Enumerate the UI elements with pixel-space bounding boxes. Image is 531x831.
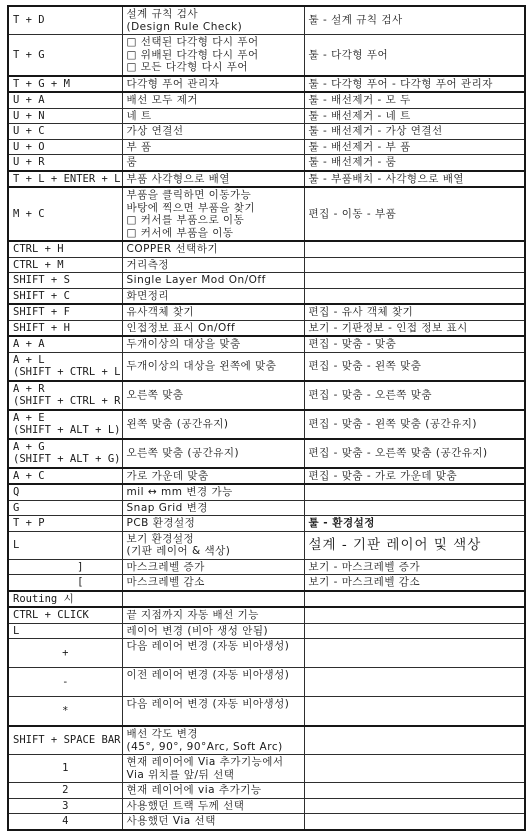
description-line: COPPER 선택하기: [127, 243, 300, 256]
shortcut-key-line: A + E: [13, 412, 118, 425]
description-line: 사용했던 Via 선택: [127, 815, 300, 828]
shortcut-cell: M + C: [8, 187, 122, 241]
menu-path-cell: 편집 - 맞춤 - 왼쪽 맞춤 (공간유지): [304, 410, 525, 439]
table-row: 3사용했던 트랙 두께 선택: [8, 798, 525, 814]
table-row: M + C부품을 클릭하면 이동가능바탕에 찍으면 부품을 찾기□ 커서를 부품…: [8, 187, 525, 241]
table-row: Qmil ↔ mm 변경 가능: [8, 484, 525, 500]
shortcut-cell: T + L + ENTER + L: [8, 171, 122, 188]
menu-path-cell: 툴 - 다각형 푸어: [304, 35, 525, 76]
shortcut-key-line: 3: [13, 800, 118, 813]
description-cell: 마스크레벨 감소: [122, 575, 304, 591]
shortcut-cell: 1: [8, 755, 122, 783]
description-cell: mil ↔ mm 변경 가능: [122, 484, 304, 500]
shortcut-cell: L: [8, 531, 122, 559]
table-row: T + L + ENTER + L부품 사각형으로 배열툴 - 부품배치 - 사…: [8, 171, 525, 188]
table-row: U + C가상 연결선툴 - 배선제거 - 가상 연결선: [8, 124, 525, 140]
shortcut-key-line: SHIFT + C: [13, 290, 118, 303]
description-cell: 다각형 푸어 관리자: [122, 76, 304, 93]
description-line: 마스크레벨 감소: [127, 576, 300, 589]
table-row: A + L(SHIFT + CTRL + L)두개이상의 대상을 왼쪽에 맞춤편…: [8, 352, 525, 381]
shortcut-cell: L: [8, 623, 122, 639]
shortcut-key-line: Routing 시: [13, 593, 118, 606]
description-line: 두개이상의 대상을 왼쪽에 맞춤: [127, 360, 300, 373]
description-line: 거리측정: [127, 259, 300, 272]
description-line: 현재 레이어에 via 추가기능: [127, 784, 300, 797]
shortcut-cell: U + C: [8, 124, 122, 140]
shortcut-cell: 4: [8, 814, 122, 830]
shortcut-key-line: T + P: [13, 517, 118, 530]
description-line: 바탕에 찍으면 부품을 찾기: [127, 202, 300, 215]
description-cell: 부품 사각형으로 배열: [122, 171, 304, 188]
description-line: 배선 모두 제거: [127, 94, 300, 107]
menu-path-cell: [304, 257, 525, 273]
table-row: SHIFT + F유사객체 찾기편집 - 유사 객체 찾기: [8, 304, 525, 320]
description-cell: Snap Grid 변경: [122, 500, 304, 516]
shortcut-key-line: (SHIFT + ALT + L): [13, 424, 118, 437]
shortcut-key-line: CTRL + M: [13, 259, 118, 272]
menu-path-cell: [304, 639, 525, 668]
shortcut-table-body: T + D설계 규칙 검사(Design Rule Check)툴 - 설계 규…: [8, 6, 525, 830]
shortcut-cell: SHIFT + F: [8, 304, 122, 320]
shortcut-cell: -: [8, 668, 122, 697]
menu-path-cell: 편집 - 맞춤 - 맞춤: [304, 336, 525, 352]
shortcut-key-line: A + L: [13, 354, 118, 367]
shortcut-cell: CTRL + CLICK: [8, 607, 122, 623]
menu-path-cell: 설계 - 기판 레이어 및 색상: [304, 531, 525, 559]
menu-path-cell: 편집 - 맞춤 - 오른쪽 맞춤 (공간유지): [304, 439, 525, 468]
shortcut-cell: SHIFT + C: [8, 288, 122, 304]
shortcut-cell: CTRL + M: [8, 257, 122, 273]
shortcut-key-line: U + C: [13, 125, 118, 138]
shortcut-key-line: A + R: [13, 383, 118, 396]
menu-path-cell: [304, 288, 525, 304]
shortcut-cell: +: [8, 639, 122, 668]
menu-path-cell: 툴 - 배선제거 - 모 두: [304, 92, 525, 108]
description-cell: 레이어 변경 (비아 생성 안됨): [122, 623, 304, 639]
table-row: SHIFT + C화면정리: [8, 288, 525, 304]
menu-path-cell: 툴 - 다각형 푸어 - 다각형 푸어 관리자: [304, 76, 525, 93]
description-cell: 유사객체 찾기: [122, 304, 304, 320]
description-cell: COPPER 선택하기: [122, 241, 304, 257]
description-line: 다음 레이어 변경 (자동 비아생성): [127, 698, 300, 711]
description-line: 부품 사각형으로 배열: [127, 173, 300, 186]
menu-path-cell: 편집 - 맞춤 - 가로 가운데 맞춤: [304, 468, 525, 485]
table-row: CTRL + HCOPPER 선택하기: [8, 241, 525, 257]
description-line: 다각형 푸어 관리자: [127, 78, 300, 91]
shortcut-cell: U + O: [8, 139, 122, 155]
shortcut-cell: SHIFT + H: [8, 320, 122, 336]
table-row: SHIFT + H인접정보 표시 On/Off보기 - 기판정보 - 인접 정보…: [8, 320, 525, 336]
shortcut-cell: T + D: [8, 6, 122, 35]
shortcut-cell: G: [8, 500, 122, 516]
table-row: GSnap Grid 변경: [8, 500, 525, 516]
shortcut-key-line: SHIFT + SPACE BAR: [13, 734, 118, 747]
shortcut-key-line: ]: [43, 561, 118, 574]
menu-path-cell: [304, 814, 525, 830]
description-cell: 배선 각도 변경(45°, 90°, 90°Arc, Soft Arc): [122, 726, 304, 755]
shortcut-table: T + D설계 규칙 검사(Design Rule Check)툴 - 설계 규…: [7, 5, 526, 831]
shortcut-key-line: *: [13, 705, 118, 718]
scanned-shortcut-sheet: T + D설계 규칙 검사(Design Rule Check)툴 - 설계 규…: [0, 0, 531, 768]
shortcut-cell: 3: [8, 798, 122, 814]
shortcut-key-line: 4: [13, 815, 118, 828]
description-line: (Design Rule Check): [127, 21, 300, 34]
menu-path-cell: [304, 755, 525, 783]
table-row: A + A두개이상의 대상을 맞춤편집 - 맞춤 - 맞춤: [8, 336, 525, 352]
shortcut-key-line: +: [13, 647, 118, 660]
table-row: L레이어 변경 (비아 생성 안됨): [8, 623, 525, 639]
shortcut-cell: T + G + M: [8, 76, 122, 93]
shortcut-key-line: CTRL + CLICK: [13, 609, 118, 622]
shortcut-key-line: SHIFT + H: [13, 322, 118, 335]
shortcut-key-line: CTRL + H: [13, 243, 118, 256]
menu-path-cell: 보기 - 기판정보 - 인접 정보 표시: [304, 320, 525, 336]
shortcut-key-line: SHIFT + F: [13, 306, 118, 319]
table-row: 1현재 레이어에 Via 추가기능에서Via 위치를 앞/뒤 선택: [8, 755, 525, 783]
table-row: SHIFT + SSingle Layer Mod On/Off: [8, 273, 525, 289]
menu-path-cell: [304, 798, 525, 814]
table-row: U + N네 트툴 - 배선제거 - 네 트: [8, 108, 525, 124]
shortcut-key-line: U + R: [13, 156, 118, 169]
shortcut-key-line: T + L + ENTER + L: [13, 173, 118, 186]
shortcut-cell: CTRL + H: [8, 241, 122, 257]
shortcut-key-line: (SHIFT + ALT + G): [13, 453, 118, 466]
shortcut-cell: SHIFT + S: [8, 273, 122, 289]
table-row: *다음 레이어 변경 (자동 비아생성): [8, 697, 525, 727]
shortcut-key-line: 2: [13, 784, 118, 797]
description-line: Via 위치를 앞/뒤 선택: [127, 769, 300, 782]
shortcut-cell: Q: [8, 484, 122, 500]
table-row: ]마스크레벨 증가보기 - 마스크레벨 증가: [8, 559, 525, 575]
menu-path-cell: [304, 591, 525, 608]
table-row: A + R(SHIFT + CTRL + R)오른쪽 맞춤편집 - 맞춤 - 오…: [8, 381, 525, 410]
menu-path-cell: 편집 - 맞춤 - 오른쪽 맞춤: [304, 381, 525, 410]
table-row: U + A배선 모두 제거툴 - 배선제거 - 모 두: [8, 92, 525, 108]
description-cell: 마스크레벨 증가: [122, 559, 304, 575]
shortcut-key-line: T + D: [13, 14, 118, 27]
shortcut-cell: 2: [8, 783, 122, 799]
description-cell: 다음 레이어 변경 (자동 비아생성): [122, 639, 304, 668]
table-row: T + D설계 규칙 검사(Design Rule Check)툴 - 설계 규…: [8, 6, 525, 35]
description-cell: 오른쪽 맞춤: [122, 381, 304, 410]
menu-path-cell: 툴 - 배선제거 - 가상 연결선: [304, 124, 525, 140]
table-row: CTRL + M거리측정: [8, 257, 525, 273]
shortcut-cell: A + R(SHIFT + CTRL + R): [8, 381, 122, 410]
description-line: 오른쪽 맞춤: [127, 389, 300, 402]
menu-path-cell: 편집 - 맞춤 - 왼쪽 맞춤: [304, 352, 525, 381]
shortcut-key-line: A + C: [13, 470, 118, 483]
shortcut-cell: A + E(SHIFT + ALT + L): [8, 410, 122, 439]
description-cell: 가로 가운데 맞춤: [122, 468, 304, 485]
shortcut-cell: SHIFT + SPACE BAR: [8, 726, 122, 755]
description-cell: 부 품: [122, 139, 304, 155]
shortcut-cell: Routing 시: [8, 591, 122, 608]
description-line: 가상 연결선: [127, 125, 300, 138]
shortcut-cell: T + G: [8, 35, 122, 76]
description-line: 현재 레이어에 Via 추가기능에서: [127, 756, 300, 769]
description-cell: 끝 지점까지 자동 배선 기능: [122, 607, 304, 623]
shortcut-key-line: A + G: [13, 441, 118, 454]
description-line: 오른쪽 맞춤 (공간유지): [127, 447, 300, 460]
shortcut-cell: U + A: [8, 92, 122, 108]
description-line: 마스크레벨 증가: [127, 561, 300, 574]
table-row: 2현재 레이어에 via 추가기능: [8, 783, 525, 799]
shortcut-cell: U + N: [8, 108, 122, 124]
menu-path-cell: [304, 500, 525, 516]
menu-path-cell: [304, 607, 525, 623]
shortcut-cell: A + A: [8, 336, 122, 352]
table-row: T + PPCB 환경설정툴 - 환경설정: [8, 516, 525, 532]
shortcut-key-line: SHIFT + S: [13, 274, 118, 287]
menu-path-cell: [304, 273, 525, 289]
description-cell: 룸: [122, 155, 304, 171]
description-line: □ 위배된 다각형 다시 푸어: [127, 49, 300, 62]
description-cell: 사용했던 트랙 두께 선택: [122, 798, 304, 814]
shortcut-key-line: U + N: [13, 110, 118, 123]
description-line: 끝 지점까지 자동 배선 기능: [127, 609, 300, 622]
shortcut-cell: A + G(SHIFT + ALT + G): [8, 439, 122, 468]
shortcut-key-line: A + A: [13, 338, 118, 351]
table-row: T + G + M다각형 푸어 관리자툴 - 다각형 푸어 - 다각형 푸어 관…: [8, 76, 525, 93]
shortcut-key-line: -: [13, 676, 118, 689]
shortcut-key-line: (SHIFT + CTRL + R): [13, 395, 118, 408]
description-cell: 화면정리: [122, 288, 304, 304]
shortcut-key-line: U + A: [13, 94, 118, 107]
menu-path-cell: 편집 - 이동 - 부품: [304, 187, 525, 241]
description-cell: 다음 레이어 변경 (자동 비아생성): [122, 697, 304, 727]
table-row: CTRL + CLICK끝 지점까지 자동 배선 기능: [8, 607, 525, 623]
shortcut-key-line: G: [13, 502, 118, 515]
shortcut-cell: [: [8, 575, 122, 591]
menu-path-cell: [304, 697, 525, 727]
shortcut-key-line: U + O: [13, 141, 118, 154]
table-row: SHIFT + SPACE BAR배선 각도 변경(45°, 90°, 90°A…: [8, 726, 525, 755]
shortcut-key-line: L: [13, 539, 118, 552]
description-line: PCB 환경설정: [127, 517, 300, 530]
description-line: (45°, 90°, 90°Arc, Soft Arc): [127, 741, 300, 754]
description-line: Single Layer Mod On/Off: [127, 274, 300, 287]
table-row: A + C가로 가운데 맞춤편집 - 맞춤 - 가로 가운데 맞춤: [8, 468, 525, 485]
table-row: U + O부 품툴 - 배선제거 - 부 품: [8, 139, 525, 155]
menu-path-cell: 툴 - 배선제거 - 룸: [304, 155, 525, 171]
description-line: (기판 레이어 & 색상): [127, 545, 300, 558]
description-line: 네 트: [127, 110, 300, 123]
table-row: -이전 레이어 변경 (자동 비아생성): [8, 668, 525, 697]
description-cell: 보기 환경설정(기판 레이어 & 색상): [122, 531, 304, 559]
description-cell: 설계 규칙 검사(Design Rule Check): [122, 6, 304, 35]
description-cell: 부품을 클릭하면 이동가능바탕에 찍으면 부품을 찾기□ 커서를 부품으로 이동…: [122, 187, 304, 241]
description-line: 인접정보 표시 On/Off: [127, 322, 300, 335]
shortcut-cell: U + R: [8, 155, 122, 171]
description-line: 유사객체 찾기: [127, 306, 300, 319]
description-cell: 왼쪽 맞춤 (공간유지): [122, 410, 304, 439]
description-cell: 두개이상의 대상을 맞춤: [122, 336, 304, 352]
shortcut-cell: A + C: [8, 468, 122, 485]
shortcut-key-line: T + G + M: [13, 78, 118, 91]
menu-path-cell: 툴 - 배선제거 - 부 품: [304, 139, 525, 155]
description-line: 룸: [127, 156, 300, 169]
description-line: mil ↔ mm 변경 가능: [127, 486, 300, 499]
description-line: 가로 가운데 맞춤: [127, 470, 300, 483]
menu-path-cell: [304, 668, 525, 697]
description-cell: 현재 레이어에 via 추가기능: [122, 783, 304, 799]
shortcut-key-line: Q: [13, 486, 118, 499]
menu-path-cell: 툴 - 환경설정: [304, 516, 525, 532]
description-line: 다음 레이어 변경 (자동 비아생성): [127, 640, 300, 653]
table-row: U + R룸툴 - 배선제거 - 룸: [8, 155, 525, 171]
description-line: 왼쪽 맞춤 (공간유지): [127, 418, 300, 431]
shortcut-key-line: 1: [13, 762, 118, 775]
menu-path-cell: 편집 - 유사 객체 찾기: [304, 304, 525, 320]
description-line: 부품을 클릭하면 이동가능: [127, 189, 300, 202]
description-cell: 두개이상의 대상을 왼쪽에 맞춤: [122, 352, 304, 381]
description-cell: □ 선택된 다각형 다시 푸어□ 위배된 다각형 다시 푸어□ 모든 다각형 다…: [122, 35, 304, 76]
table-row: A + G(SHIFT + ALT + G)오른쪽 맞춤 (공간유지)편집 - …: [8, 439, 525, 468]
table-row: L보기 환경설정(기판 레이어 & 색상)설계 - 기판 레이어 및 색상: [8, 531, 525, 559]
menu-path-cell: [304, 623, 525, 639]
table-row: Routing 시: [8, 591, 525, 608]
description-line: 설계 규칙 검사: [127, 8, 300, 21]
description-line: □ 커서를 부품으로 이동: [127, 214, 300, 227]
shortcut-cell: A + L(SHIFT + CTRL + L): [8, 352, 122, 381]
table-row: +다음 레이어 변경 (자동 비아생성): [8, 639, 525, 668]
shortcut-cell: ]: [8, 559, 122, 575]
description-line: 보기 환경설정: [127, 533, 300, 546]
description-line: 배선 각도 변경: [127, 728, 300, 741]
shortcut-cell: T + P: [8, 516, 122, 532]
description-cell: 인접정보 표시 On/Off: [122, 320, 304, 336]
description-cell: PCB 환경설정: [122, 516, 304, 532]
menu-path-cell: [304, 783, 525, 799]
description-cell: 사용했던 Via 선택: [122, 814, 304, 830]
description-line: 화면정리: [127, 290, 300, 303]
menu-path-cell: [304, 726, 525, 755]
shortcut-key-line: L: [13, 625, 118, 638]
menu-path-cell: 툴 - 설계 규칙 검사: [304, 6, 525, 35]
table-row: 4사용했던 Via 선택: [8, 814, 525, 830]
description-cell: 가상 연결선: [122, 124, 304, 140]
menu-path-cell: 보기 - 마스크레벨 감소: [304, 575, 525, 591]
shortcut-key-line: [: [43, 576, 118, 589]
description-cell: 오른쪽 맞춤 (공간유지): [122, 439, 304, 468]
table-row: A + E(SHIFT + ALT + L)왼쪽 맞춤 (공간유지)편집 - 맞…: [8, 410, 525, 439]
table-row: T + G□ 선택된 다각형 다시 푸어□ 위배된 다각형 다시 푸어□ 모든 …: [8, 35, 525, 76]
description-line: □ 모든 다각형 다시 푸어: [127, 61, 300, 74]
shortcut-key-line: M + C: [13, 208, 118, 221]
description-line: 부 품: [127, 141, 300, 154]
description-line: Snap Grid 변경: [127, 502, 300, 515]
shortcut-key-line: T + G: [13, 49, 118, 62]
menu-path-cell: 툴 - 부품배치 - 사각형으로 배열: [304, 171, 525, 188]
description-line: 사용했던 트랙 두께 선택: [127, 800, 300, 813]
menu-path-cell: 보기 - 마스크레벨 증가: [304, 559, 525, 575]
description-cell: 네 트: [122, 108, 304, 124]
menu-path-cell: 툴 - 배선제거 - 네 트: [304, 108, 525, 124]
description-line: □ 선택된 다각형 다시 푸어: [127, 36, 300, 49]
table-row: [마스크레벨 감소보기 - 마스크레벨 감소: [8, 575, 525, 591]
description-cell: [122, 591, 304, 608]
description-cell: 이전 레이어 변경 (자동 비아생성): [122, 668, 304, 697]
menu-path-cell: [304, 241, 525, 257]
description-cell: 거리측정: [122, 257, 304, 273]
description-cell: 현재 레이어에 Via 추가기능에서Via 위치를 앞/뒤 선택: [122, 755, 304, 783]
shortcut-key-line: (SHIFT + CTRL + L): [13, 366, 118, 379]
description-line: 이전 레이어 변경 (자동 비아생성): [127, 669, 300, 682]
description-cell: Single Layer Mod On/Off: [122, 273, 304, 289]
description-line: [127, 593, 300, 606]
shortcut-cell: *: [8, 697, 122, 727]
description-line: 레이어 변경 (비아 생성 안됨): [127, 625, 300, 638]
menu-path-cell: [304, 484, 525, 500]
description-cell: 배선 모두 제거: [122, 92, 304, 108]
description-line: 두개이상의 대상을 맞춤: [127, 338, 300, 351]
description-line: □ 커서에 부품을 이동: [127, 227, 300, 240]
